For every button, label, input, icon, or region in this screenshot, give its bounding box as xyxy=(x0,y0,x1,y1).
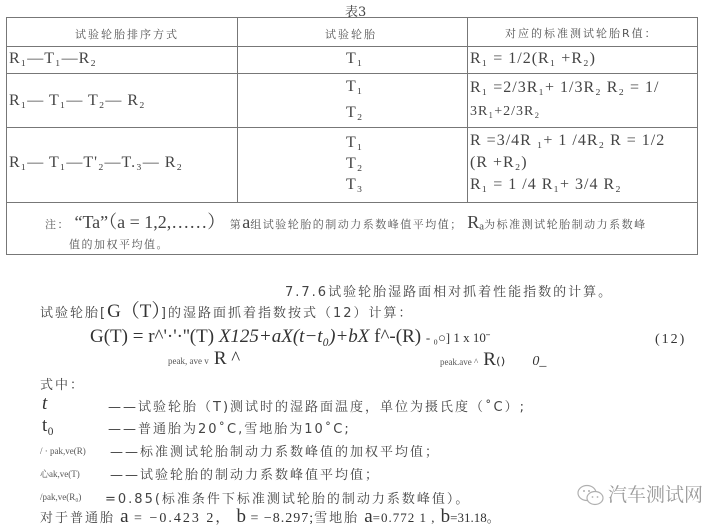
formula-12: G(T) = r^'·'·''(T) X125+aX(t−t₀)+bX f^-(… xyxy=(90,326,490,348)
row2-formula-1: R₁ =2/3R₁+ 1/3R₂ R₂ = 1/ xyxy=(470,79,659,97)
formula-lhs: G(T) = xyxy=(90,326,143,347)
formula-r-term: r^'·'·''(T) xyxy=(148,326,214,347)
formula-sub-r: R₍₎ xyxy=(483,349,505,370)
row2-formula-2: 3R₁+2/3R₂ xyxy=(470,104,540,120)
row2-tire-2: T₂ xyxy=(346,104,363,122)
formula-sub-right: peak.ave ^ R₍₎ 0_ xyxy=(440,348,546,371)
coeff-prefix: 对于普通胎 xyxy=(40,511,115,526)
row2-tire-1: T₁ xyxy=(346,78,363,96)
note-text: 第 xyxy=(230,218,243,231)
table-note-line1: 注： “Ta”（a = 1,2,……） 第a组试验轮胎的制动力系数峰值平均值； … xyxy=(45,208,647,234)
formula-f-term: f^-(R) xyxy=(374,326,421,347)
note-text: 组试验轮胎的制动力系数峰值平均值； xyxy=(250,218,463,231)
formula-mid-term: X125+aX(t−t₀)+bX xyxy=(219,326,370,347)
formula-sub-left: peak, ave v R ^ xyxy=(168,348,240,370)
formula-sub-end: 0_ xyxy=(532,354,546,369)
note-ta: “Ta”（a = 1,2,……） xyxy=(74,212,225,232)
def-symbol-text: / · pak,ve(R) xyxy=(40,446,86,456)
intro-text: 试验轮胎[ xyxy=(40,306,107,321)
def-text: ——普通胎为20˚C,雪地胎为10˚C; xyxy=(108,418,351,437)
column-divider xyxy=(237,18,238,202)
column-divider xyxy=(467,18,468,202)
row-divider xyxy=(7,202,697,203)
row3-tire-3: T₃ xyxy=(346,176,363,194)
row1-tire-1: T₁ xyxy=(346,50,363,68)
def-symbol: t₀ xyxy=(42,415,54,437)
formula-sub-text: peak.ave ^ xyxy=(440,357,478,367)
row1-formula-1: R₁ = 1/2(R₁ +R₂) xyxy=(470,50,596,68)
def-text: ——试验轮胎（T)测试时的湿路面温度，单位为摄氏度（˚C）; xyxy=(108,396,526,415)
row3-order: R₁— T₁—T'₂—T.₃— R₂ xyxy=(9,154,183,172)
coeff-a-label: a xyxy=(120,506,128,527)
where-label: 式中： xyxy=(40,374,85,393)
def-symbol-text: /pak,ve(R₀) xyxy=(40,492,81,502)
row-divider xyxy=(7,46,697,47)
row3-formula-3: R₁ = 1 /4 R₁+ 3/4 R₂ xyxy=(470,176,622,194)
coeff-b-label: b xyxy=(236,506,246,527)
formula-sub-text: peak, ave v xyxy=(168,356,209,366)
row3-formula-2: (R +R₂) xyxy=(470,154,528,172)
watermark-text: 汽车测试网 xyxy=(608,480,703,507)
tire-order-table: 试验轮胎排序方式 试验轮胎 对应的标准测试轮胎R值： R₁—T₁—R₂ T₁ R… xyxy=(6,17,698,255)
coeff-snow-prefix: 雪地胎 xyxy=(314,511,359,526)
coeff-b-value: = −8.297; xyxy=(246,511,314,526)
header-order: 试验轮胎排序方式 xyxy=(75,26,179,42)
row2-order: R₁— T₁— T₂— R₂ xyxy=(9,92,146,110)
def-text: ——标准测试轮胎制动力系数峰值的加权平均值； xyxy=(110,441,440,460)
intro-line: 试验轮胎[G（T）]的湿路面抓着指数按式（12）计算： xyxy=(40,296,414,323)
def-symbol: t xyxy=(42,393,47,415)
equation-number: (12) xyxy=(655,332,686,348)
coeff-snow-a-label: a xyxy=(364,506,372,527)
def-text: =0.85(标准条件下标准测试轮胎的制动力系数峰值）。 xyxy=(105,488,470,507)
row-divider xyxy=(7,127,697,128)
coefficient-line: 对于普通胎 a = −0.423 2， b = −8.297;雪地胎 a=0.7… xyxy=(40,506,500,528)
row1-order: R₁—T₁—R₂ xyxy=(9,50,97,68)
header-r-value: 对应的标准测试轮胎R值： xyxy=(505,25,658,41)
intro-g-symbol: G（T） xyxy=(107,301,161,322)
coeff-snow-b-value: =31.18。 xyxy=(450,510,500,525)
note-prefix: 注： xyxy=(45,218,70,231)
wechat-icon xyxy=(577,484,605,508)
formula-sub-r: R ^ xyxy=(214,348,240,369)
def-symbol: /pak,ve(R₀) xyxy=(40,485,81,504)
note-r-symbol: Rₐ xyxy=(467,212,484,232)
def-symbol: 心ak,ve(T) xyxy=(40,462,80,481)
note-text: 为标准测试轮胎制动力系数峰 xyxy=(484,218,647,231)
coeff-snow-b-label: b xyxy=(441,506,451,527)
def-text: ——试验轮胎的制动力系数峰值平均值； xyxy=(110,464,380,483)
coeff-snow-a-value: =0.772 1 , xyxy=(373,510,436,525)
formula-tail: - ₀○] 1 x 10ˉ xyxy=(426,330,490,345)
coeff-a-value: = −0.423 2， xyxy=(129,511,232,526)
header-tire: 试验轮胎 xyxy=(325,26,377,42)
row3-formula-1: R =3/4R ₁+ 1 /4R₂ R = 1/2 xyxy=(470,132,665,150)
row3-tire-2: T₂ xyxy=(346,155,363,173)
def-symbol: / · pak,ve(R) xyxy=(40,439,86,458)
def-symbol-text: 心ak,ve(T) xyxy=(40,469,80,479)
row3-tire-1: T₁ xyxy=(346,134,363,152)
table-note-line2: 值的加权平均值。 xyxy=(69,236,169,252)
intro-text: ]的湿路面抓着指数按式（12）计算： xyxy=(161,306,414,321)
row-divider xyxy=(7,73,697,74)
